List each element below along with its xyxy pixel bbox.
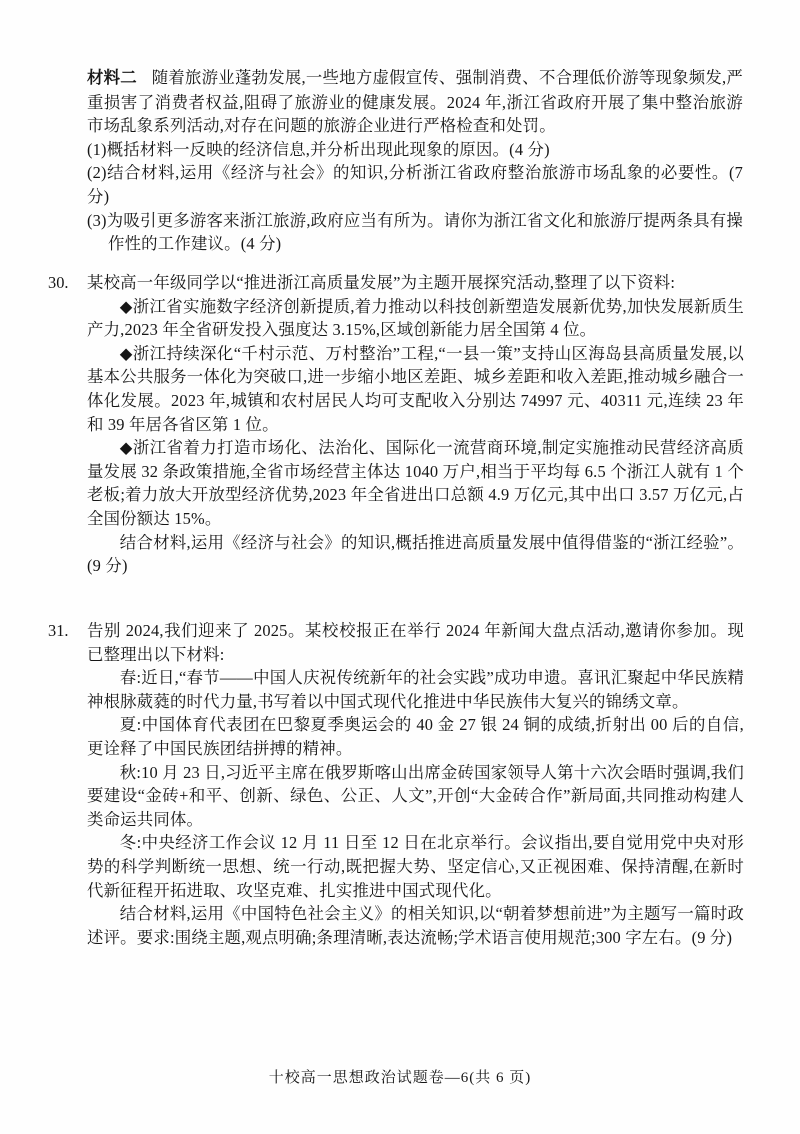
question-31-autumn-paragraph: 秋:10 月 23 日,习近平主席在俄罗斯喀山出席金砖国家领导人第十六次会晤时强… (87, 761, 744, 832)
question-31-summer-paragraph: 夏:中国体育代表团在巴黎夏季奥运会的 40 金 27 银 24 铜的成绩,折射出… (87, 713, 744, 760)
question-31-spring-paragraph: 春:近日,“春节——中国人庆祝传统新年的社会实践”成功申遗。喜讯汇聚起中华民族精… (87, 666, 744, 713)
question-30-bullet-1: ◆浙江省实施数字经济创新提质,着力推动以科技创新塑造发展新优势,加快发展新质生产… (87, 295, 744, 342)
page-footer: 十校高一思想政治试题卷—6(共 6 页) (0, 1068, 800, 1088)
question-29-sub-2: (2)结合材料,运用《经济与社会》的知识,分析浙江省政府整治旅游市场乱象的必要性… (87, 161, 743, 208)
question-31-number: 31. (48, 619, 87, 643)
question-30: 30. 某校高一年级同学以“推进浙江高质量发展”为主题开展探究活动,整理了以下资… (48, 271, 744, 578)
question-30-bullet-3: ◆浙江省着力打造市场化、法治化、国际化一流营商环境,制定实施推动民营经济高质量发… (87, 436, 744, 530)
question-30-number: 30. (48, 271, 87, 295)
material-2-label: 材料二 (87, 69, 137, 87)
question-31-body: 告别 2024,我们迎来了 2025。某校校报正在举行 2024 年新闻大盘点活… (87, 619, 744, 949)
question-29-sub-3: (3)为吸引更多游客来浙江旅游,政府应当有所为。请你为浙江省文化和旅游厅提两条具… (87, 209, 743, 256)
question-30-task: 结合材料,运用《经济与社会》的知识,概括推进高质量发展中值得借鉴的“浙江经验”。… (87, 531, 744, 578)
question-30-stem: 某校高一年级同学以“推进浙江高质量发展”为主题开展探究活动,整理了以下资料: (87, 271, 744, 295)
question-29-continuation: 材料二随着旅游业蓬勃发展,一些地方虚假宣传、强制消费、不合理低价游等现象频发,严… (87, 66, 743, 256)
question-30-body: 某校高一年级同学以“推进浙江高质量发展”为主题开展探究活动,整理了以下资料: ◆… (87, 271, 744, 578)
material-2-text: 随着旅游业蓬勃发展,一些地方虚假宣传、强制消费、不合理低价游等现象频发,严重损害… (87, 68, 743, 135)
question-29-sub-1: (1)概括材料一反映的经济信息,并分析出现此现象的原因。(4 分) (87, 138, 743, 162)
question-31-stem: 告别 2024,我们迎来了 2025。某校校报正在举行 2024 年新闻大盘点活… (87, 619, 744, 666)
material-2-paragraph: 材料二随着旅游业蓬勃发展,一些地方虚假宣传、强制消费、不合理低价游等现象频发,严… (87, 66, 743, 138)
exam-page: 材料二随着旅游业蓬勃发展,一些地方虚假宣传、强制消费、不合理低价游等现象频发,严… (0, 0, 800, 1134)
question-30-bullet-2: ◆浙江持续深化“千村示范、万村整治”工程,“一县一策”支持山区海岛县高质量发展,… (87, 342, 744, 436)
question-31: 31. 告别 2024,我们迎来了 2025。某校校报正在举行 2024 年新闻… (48, 619, 744, 949)
question-31-task: 结合材料,运用《中国特色社会主义》的相关知识,以“朝着梦想前进”为主题写一篇时政… (87, 902, 744, 949)
question-31-winter-paragraph: 冬:中央经济工作会议 12 月 11 日至 12 日在北京举行。会议指出,要自觉… (87, 831, 744, 902)
